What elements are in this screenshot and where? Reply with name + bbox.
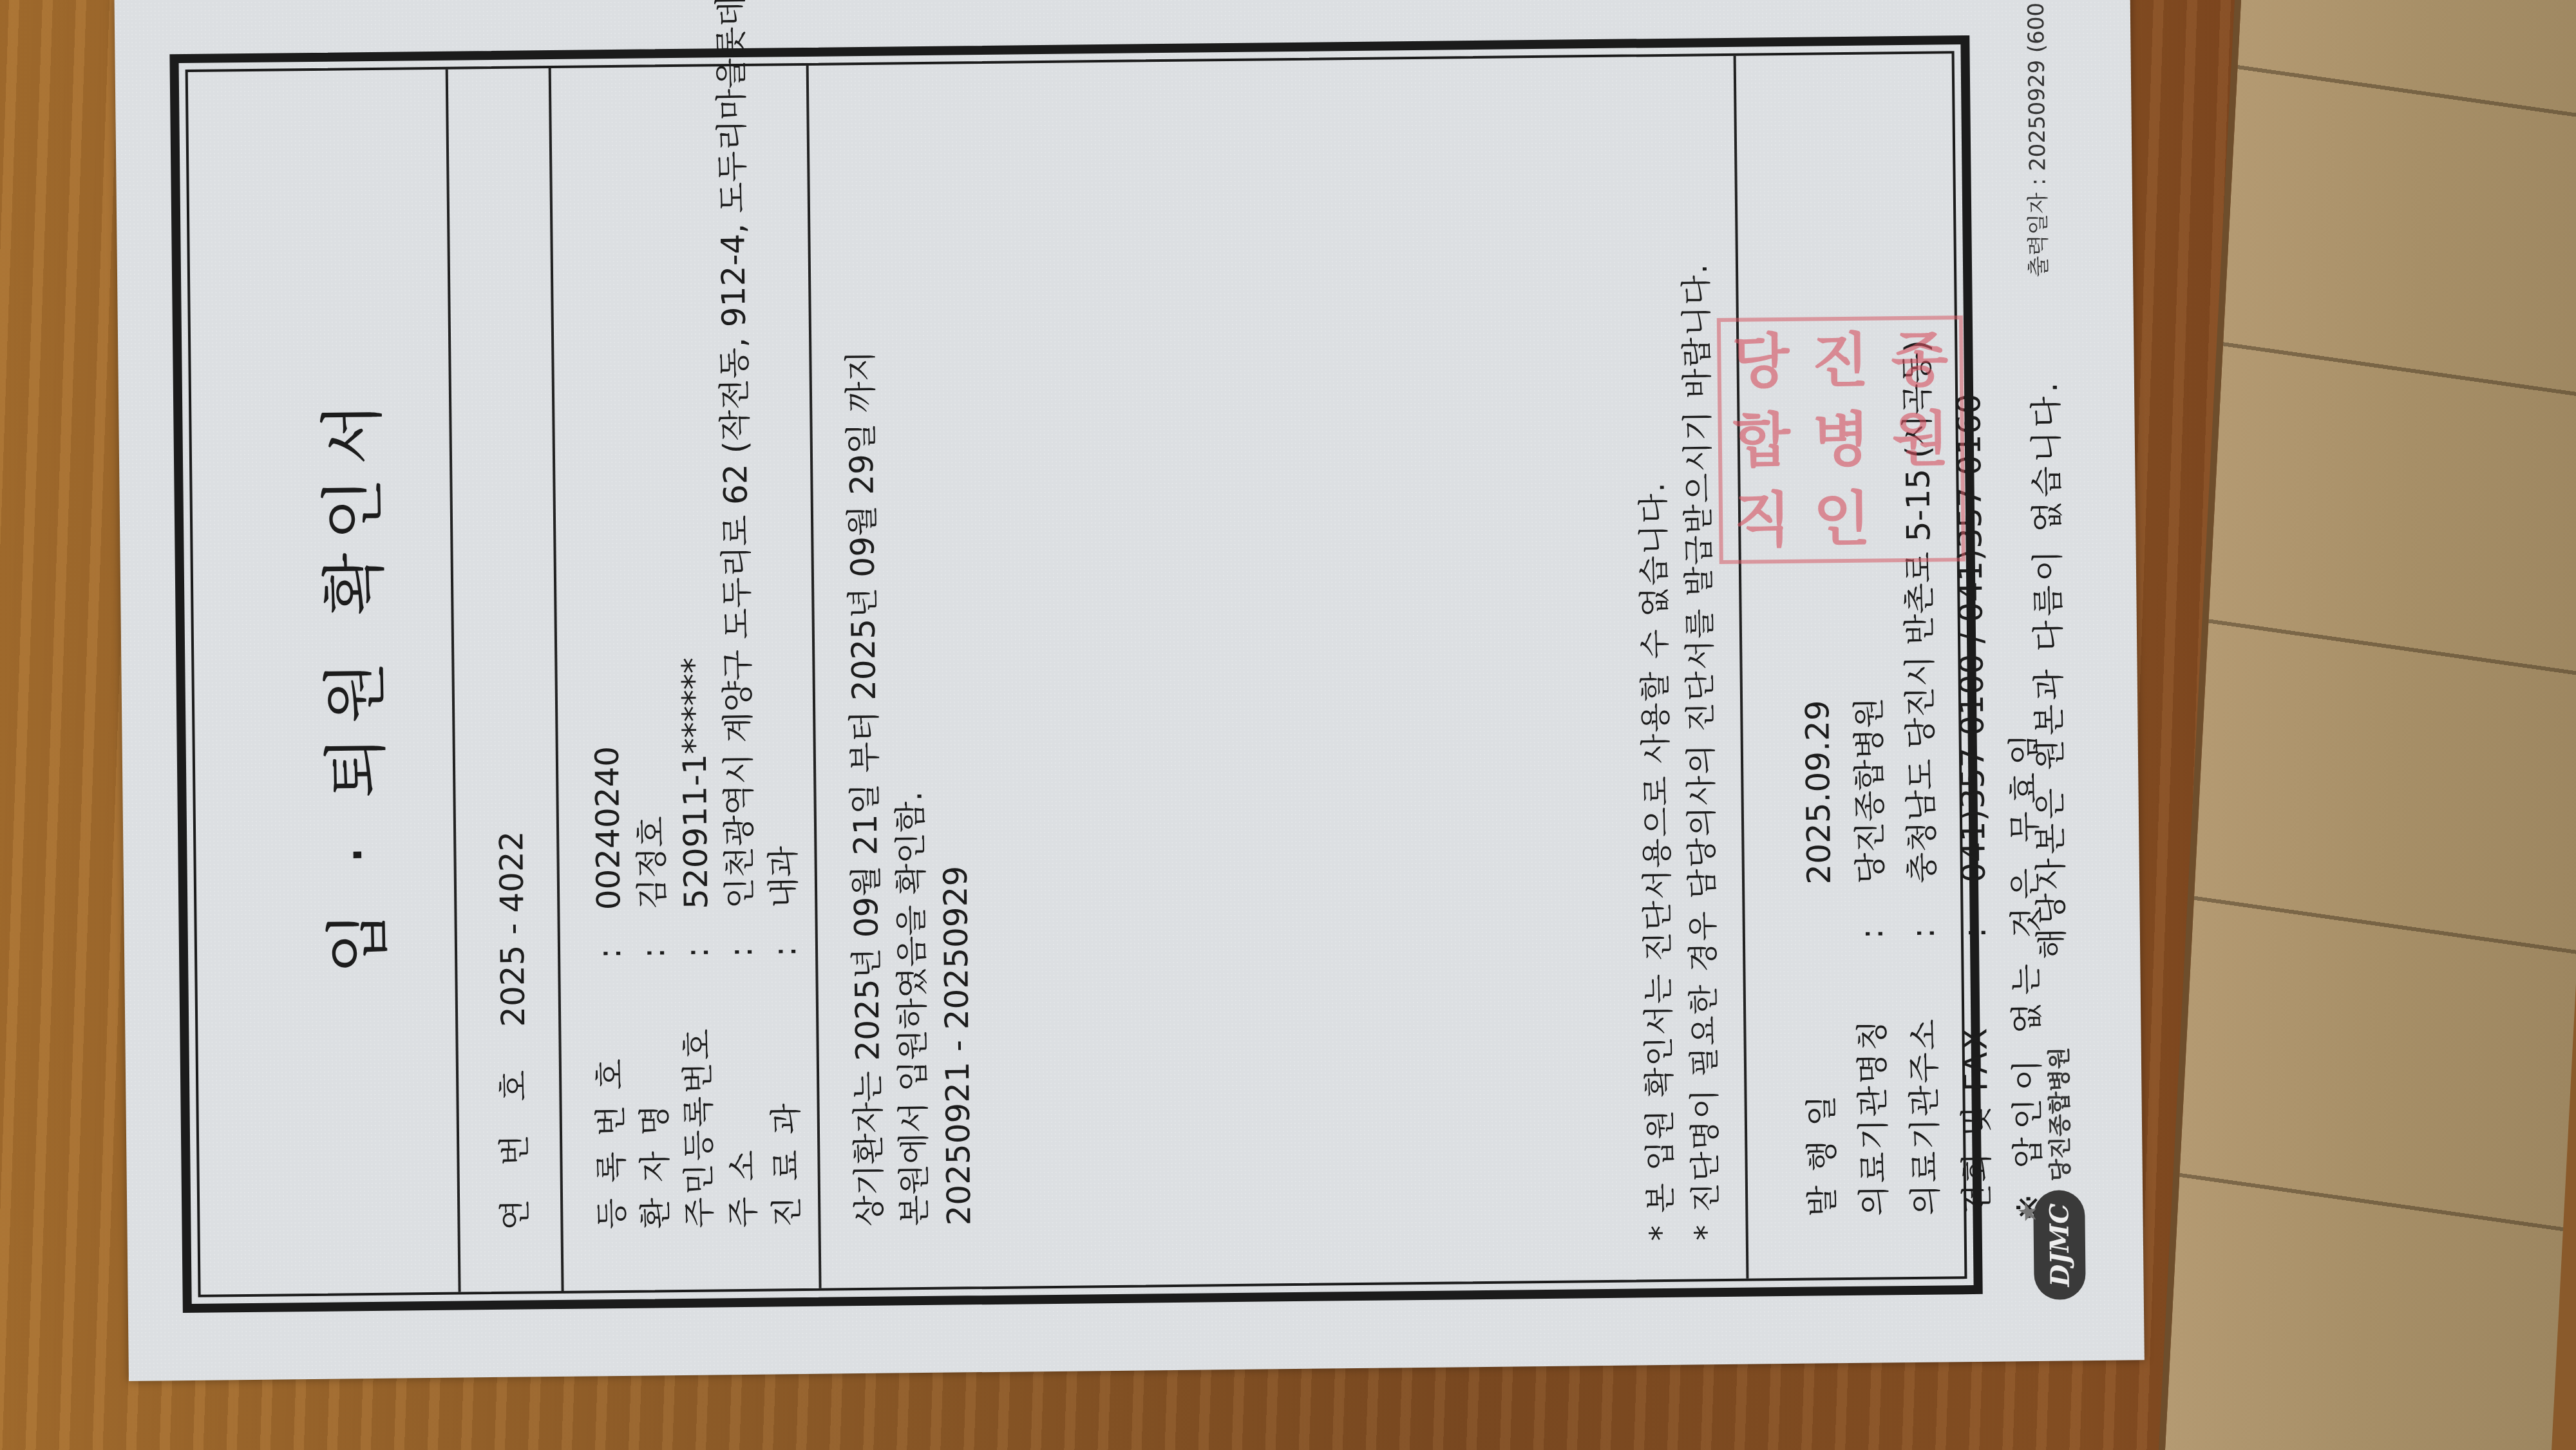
- issue-value: 당진종합병원: [1843, 697, 1891, 885]
- paper: 입 · 퇴원 확인서 연 번 호 2025 - 4022 등 록 번 호: 00…: [114, 0, 2144, 1381]
- serial-number-value: 2025 - 4022: [493, 831, 532, 1027]
- print-date: 출력일자 : 20250929 (600: [2018, 3, 2052, 278]
- field-value: 김정호: [626, 816, 674, 910]
- document-frame: 입 · 퇴원 확인서 연 번 호 2025 - 4022 등 록 번 호: 00…: [169, 35, 1982, 1313]
- field-label: 주민등록번호: [671, 957, 720, 1229]
- issue-label: 의료기관명칭: [1846, 939, 1895, 1216]
- divider: [1734, 56, 1749, 1279]
- divider: [806, 66, 822, 1288]
- admission-statement: 상기환자는 2025년 09월 21일 부터 2025년 09월 29일 까지: [835, 350, 890, 1227]
- serial-number-label: 연 번 호: [488, 1037, 536, 1230]
- field-label: 등 록 번 호: [583, 959, 632, 1230]
- divider: [446, 70, 461, 1292]
- admission-confirmation: 본원에서 입원하였음을 확인함.: [884, 791, 935, 1226]
- document-title: 입 · 퇴원 확인서: [298, 70, 403, 1294]
- field-value: 00240240: [589, 746, 628, 910]
- note-not-diagnosis: * 본 입원 확인서는 진단서용으로 사용할 수 없습니다.: [1628, 481, 1680, 1241]
- document-frame-inner: 입 · 퇴원 확인서 연 번 호 2025 - 4022 등 록 번 호: 00…: [185, 51, 1967, 1297]
- document-sheet: 입 · 퇴원 확인서 연 번 호 2025 - 4022 등 록 번 호: 00…: [114, 0, 2144, 1381]
- field-label: 진 료 과: [759, 957, 808, 1228]
- issue-label: 발 행 일: [1794, 939, 1843, 1217]
- issue-label: 전화 및 FAX: [1949, 938, 1998, 1216]
- field-value: 520911-1******: [675, 657, 715, 909]
- field-label: 주 소: [715, 957, 764, 1229]
- issue-date-row: 발 행 일 2025.09.29: [1792, 700, 1843, 1217]
- field-label: 환 자 명: [627, 958, 676, 1229]
- field-department: 진 료 과: 내과: [757, 845, 808, 1227]
- hospital-seal-stamp: 당진종 합병원 직인: [1717, 315, 1965, 564]
- field-registration-number: 등 록 번 호: 00240240: [582, 746, 633, 1229]
- field-patient-name: 환 자 명: 김정호: [626, 816, 677, 1229]
- admission-period: 20250921 - 20250929: [937, 865, 978, 1225]
- divider: [549, 68, 564, 1291]
- issue-value: 2025.09.29: [1799, 700, 1838, 885]
- institution-name-row: 의료기관명칭: 당진종합병원: [1843, 697, 1895, 1216]
- issue-label: 의료기관주소: [1897, 938, 1946, 1216]
- serial-number-row: 연 번 호 2025 - 4022: [486, 831, 536, 1230]
- field-value: 내과: [757, 845, 804, 908]
